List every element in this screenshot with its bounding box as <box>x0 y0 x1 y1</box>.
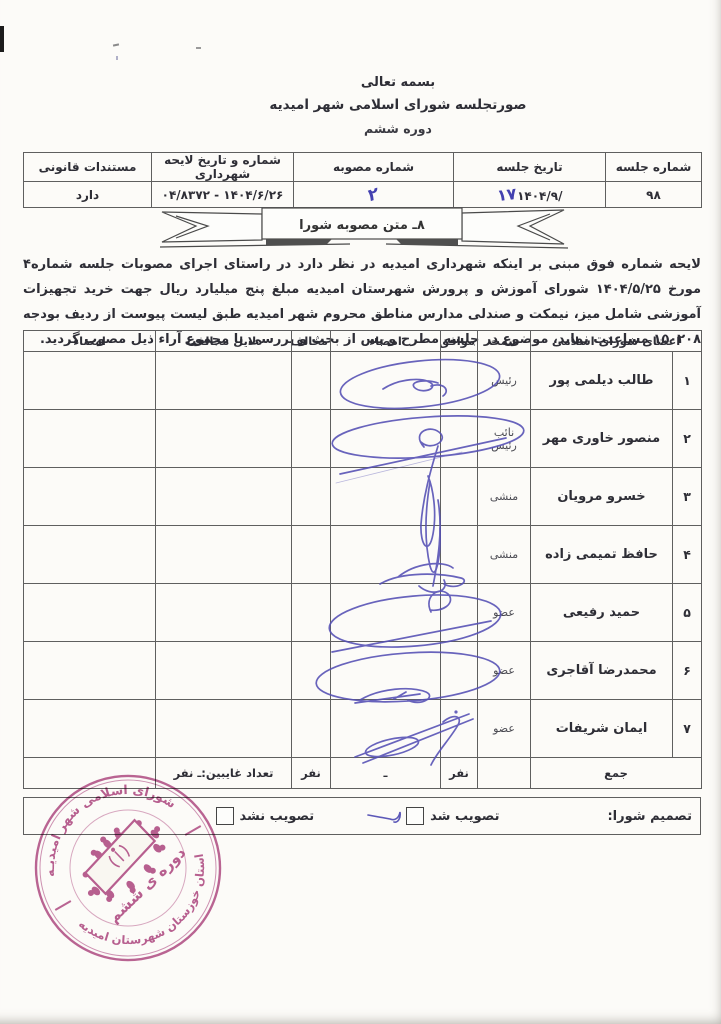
against-cell <box>292 642 331 700</box>
totals-role-cell <box>478 758 531 789</box>
meeting-no-value: ۹۸ <box>606 182 702 208</box>
legal-docs-value: دارد <box>24 182 152 208</box>
agree-cell <box>441 410 478 468</box>
reasons-cell <box>156 584 292 642</box>
agree-cell <box>441 526 478 584</box>
ribbon-title: ۸ـ متن مصوبه شورا <box>299 218 425 233</box>
rejected-checkbox <box>216 807 234 825</box>
members-col-header: اعضای شورای اسلامی <box>531 331 702 352</box>
member-name: حافظ تمیمی زاده <box>531 526 673 584</box>
against-cell <box>292 700 331 758</box>
signature2-col-header: امضاء <box>24 331 156 352</box>
reasons-cell <box>156 410 292 468</box>
member-name: خسرو مرویان <box>531 468 673 526</box>
scan-speck <box>116 56 118 60</box>
member-role: منشی <box>478 526 531 584</box>
member-name: محمدرضا آقاجری <box>531 642 673 700</box>
handwritten-resolution-no: ۲ <box>367 183 379 207</box>
signature-col-header: امضاء <box>331 331 441 352</box>
agree-cell <box>441 642 478 700</box>
member-no: ۵ <box>673 584 702 642</box>
reasons-col-header: دلایل مخالفت <box>156 331 292 352</box>
member-row: ۳ خسرو مرویان منشی <box>24 468 702 526</box>
member-row: ۷ ایمان شریفات عضو <box>24 700 702 758</box>
stamp-left-divider <box>55 901 71 910</box>
signature2-cell <box>24 352 156 410</box>
document-header: بسمه تعالی صورتجلسه شورای اسلامی شهر امی… <box>180 76 616 135</box>
scan-speck <box>113 43 119 46</box>
reasons-cell <box>156 642 292 700</box>
member-name: حمید رفیعی <box>531 584 673 642</box>
member-role: رئیس <box>478 352 531 410</box>
member-name: منصور خاوری مهر <box>531 410 673 468</box>
member-name: ایمان شریفات <box>531 700 673 758</box>
signature-cell <box>331 642 441 700</box>
member-row: ۱ طالب دیلمی پور رئیس <box>24 352 702 410</box>
against-cell <box>292 584 331 642</box>
member-role: منشی <box>478 468 531 526</box>
reasons-cell <box>156 468 292 526</box>
signature-cell <box>331 352 441 410</box>
totals-agree: نفر <box>441 758 478 789</box>
member-no: ۴ <box>673 526 702 584</box>
agree-col-header: موافق <box>441 331 478 352</box>
signature-cell <box>331 526 441 584</box>
reasons-cell <box>156 352 292 410</box>
signature-cell <box>331 468 441 526</box>
meeting-date-header: تاریخ جلسه <box>454 153 606 182</box>
member-no: ۱ <box>673 352 702 410</box>
member-role: عضو <box>478 642 531 700</box>
member-no: ۲ <box>673 410 702 468</box>
members-votes-table: اعضای شورای اسلامی سمت موافق امضاء مخالف… <box>23 330 702 789</box>
legal-docs-header: مستندات قانونی <box>24 153 152 182</box>
signature-cell <box>331 584 441 642</box>
agree-cell <box>441 584 478 642</box>
signature-cell <box>331 410 441 468</box>
member-role: عضو <box>478 700 531 758</box>
member-no: ۷ <box>673 700 702 758</box>
member-row: ۶ محمدرضا آقاجری عضو <box>24 642 702 700</box>
handwritten-day: ۱۷ <box>495 184 517 205</box>
ribbon-shadow-right <box>396 239 458 245</box>
meeting-date-printed: ۱۴۰۴/۹/ <box>517 189 562 203</box>
signature-cell <box>331 700 441 758</box>
members-header-row: اعضای شورای اسلامی سمت موافق امضاء مخالف… <box>24 331 702 352</box>
against-col-header: مخالف <box>292 331 331 352</box>
rejected-label: تصویب نشد <box>240 809 315 824</box>
bismillah-line: بسمه تعالی <box>180 76 616 89</box>
signature2-cell <box>24 468 156 526</box>
role-col-header: سمت <box>478 331 531 352</box>
member-row: ۵ حمید رفیعی عضو <box>24 584 702 642</box>
member-role: عضو <box>478 584 531 642</box>
approved-check-mark <box>386 804 426 830</box>
session-info-table: شماره جلسه تاریخ جلسه شماره مصوبه شماره … <box>23 152 702 208</box>
scan-speck <box>196 47 201 49</box>
scanned-document-page: بسمه تعالی صورتجلسه شورای اسلامی شهر امی… <box>0 0 721 1024</box>
approved-option: تصویب شد <box>406 807 499 825</box>
ribbon-shadow-left <box>266 239 332 245</box>
term-line: دوره ششم <box>180 123 616 136</box>
totals-against: نفر <box>292 758 331 789</box>
agree-cell <box>441 468 478 526</box>
page-title: صورتجلسه شورای اسلامی شهر امیدیه <box>180 99 616 113</box>
approved-checkbox <box>406 807 424 825</box>
approved-label: تصویب شد <box>430 809 499 824</box>
agree-cell <box>441 352 478 410</box>
reasons-cell <box>156 526 292 584</box>
member-no: ۶ <box>673 642 702 700</box>
signature2-cell <box>24 526 156 584</box>
info-header-row: شماره جلسه تاریخ جلسه شماره مصوبه شماره … <box>24 153 702 182</box>
member-role: نائب رئیس <box>478 410 531 468</box>
bill-no-date-header: شماره و تاریخ لایحه شهرداری <box>152 153 294 182</box>
scan-edge-artifact <box>0 26 4 52</box>
reasons-cell <box>156 700 292 758</box>
against-cell <box>292 526 331 584</box>
signature2-cell <box>24 584 156 642</box>
section-ribbon-banner: ۸ـ متن مصوبه شورا <box>150 204 575 252</box>
signature2-cell <box>24 410 156 468</box>
totals-label: جمع <box>531 758 702 789</box>
meeting-no-header: شماره جلسه <box>606 153 702 182</box>
totals-signature-dash: ـ <box>331 758 441 789</box>
resolution-no-header: شماره مصوبه <box>294 153 454 182</box>
member-row: ۴ حافظ تمیمی زاده منشی <box>24 526 702 584</box>
agree-cell <box>441 700 478 758</box>
signature2-cell <box>24 642 156 700</box>
against-cell <box>292 352 331 410</box>
stamp-right-divider <box>185 826 201 835</box>
member-row: ۲ منصور خاوری مهر نائب رئیس <box>24 410 702 468</box>
rejected-option: تصویب نشد <box>216 807 315 825</box>
decision-label: تصمیم شورا: <box>607 809 692 824</box>
member-no: ۳ <box>673 468 702 526</box>
against-cell <box>292 468 331 526</box>
member-name: طالب دیلمی پور <box>531 352 673 410</box>
against-cell <box>292 410 331 468</box>
